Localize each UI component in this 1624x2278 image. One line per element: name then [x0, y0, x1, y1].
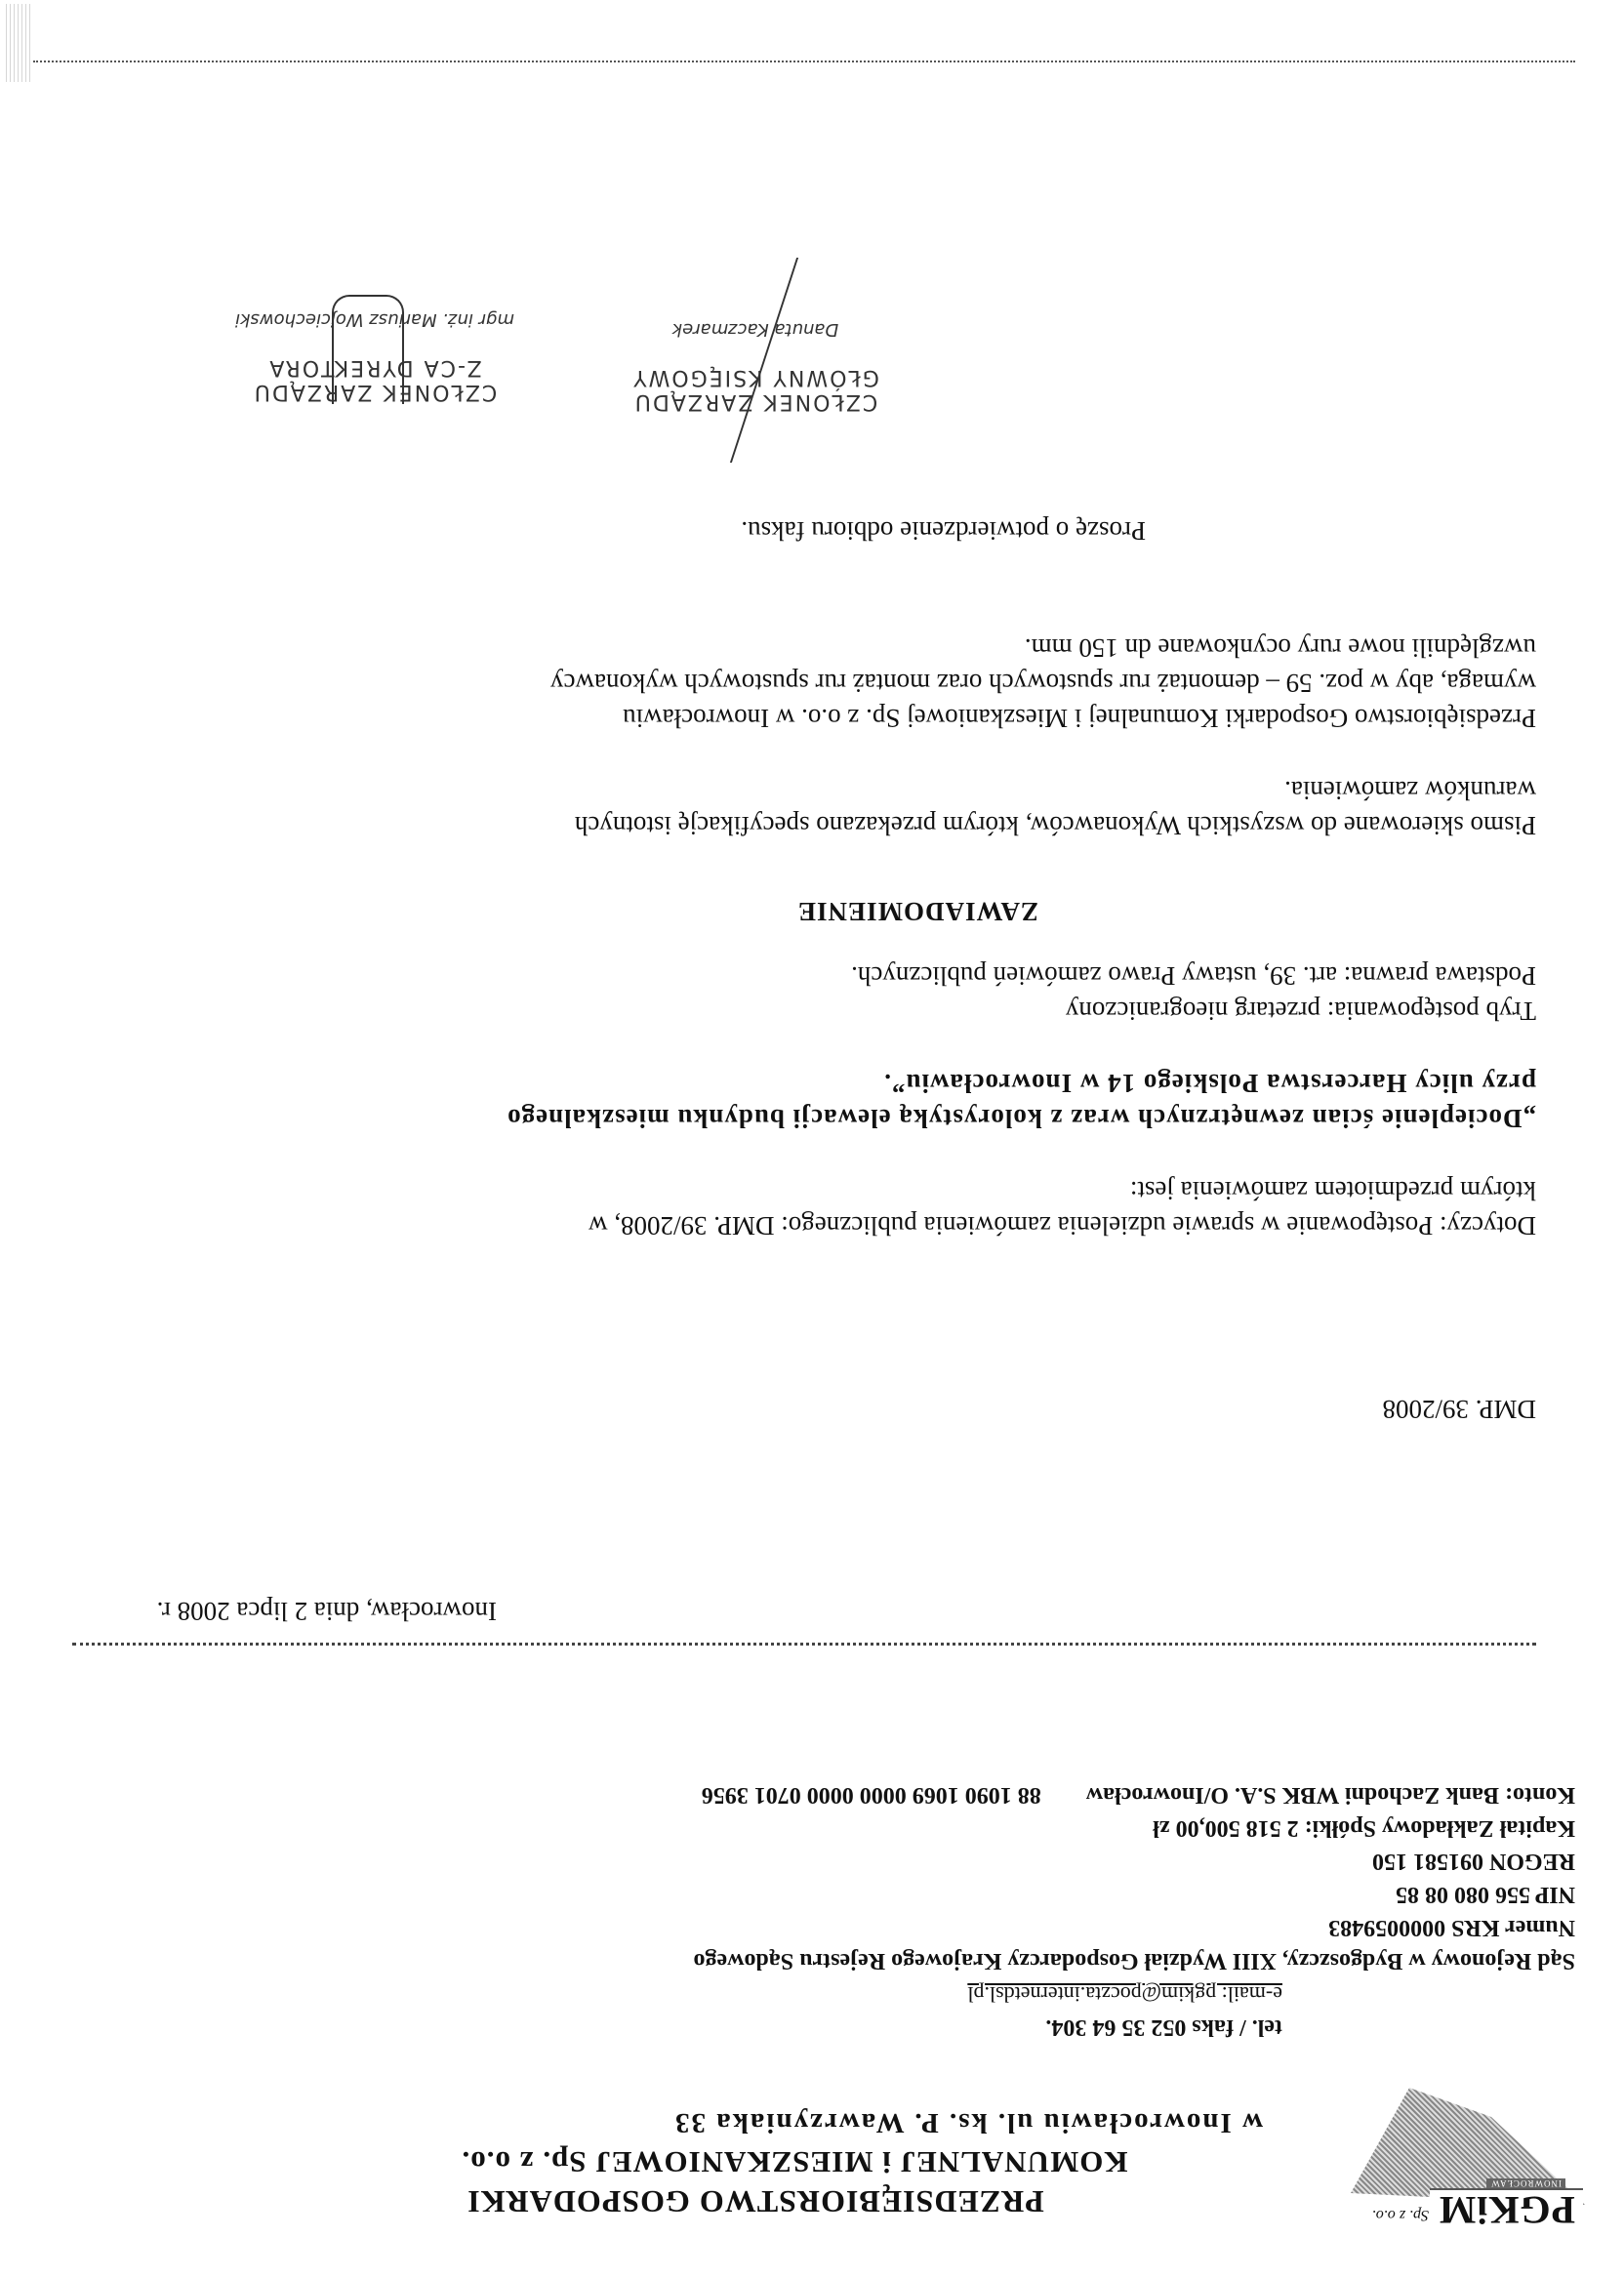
- logo-box: PGKiM: [1430, 2188, 1583, 2229]
- company-name-line1: PRZEDSIĘBIORSTWO GOSPODARKI: [258, 2183, 1253, 2219]
- procedure-info: Tryb postępowania: przetarg nieograniczo…: [72, 958, 1536, 1029]
- subject-intro-line2: którym przedmiotem zamówienia jest:: [72, 1173, 1536, 1208]
- company-name-line2: KOMUNALNEJ i MIESZKANIOWEJ Sp. z o.o.: [258, 2144, 1331, 2179]
- header-divider: [72, 1643, 1536, 1646]
- addressees-line2: warunków zamówienia.: [72, 773, 1536, 808]
- bank-account-number: 88 1090 1069 0000 0000 0701 3956: [702, 1778, 1041, 1811]
- logo-brand: PGKiM: [1438, 2188, 1575, 2232]
- subject-title: „Docieplenie ścian zewnętrznych wraz z k…: [72, 1066, 1536, 1136]
- court-registry: Sąd Rejonowy w Bydgoszczy, XIII Wydział …: [693, 1944, 1575, 1977]
- body-line1: Przedsiębiorstwo Gospodarki Komunalnej i…: [72, 701, 1536, 736]
- closing-request: Proszę o potwierdzenie odbioru faksu.: [741, 515, 1146, 546]
- phone: tel. / faks 052 35 64 304.: [693, 2011, 1282, 2044]
- document-title: ZAWIADOMIENIE: [797, 896, 1038, 926]
- subject-title-line1: „Docieplenie ścian zewnętrznych wraz z k…: [72, 1101, 1536, 1136]
- signature-scribble: [332, 295, 404, 404]
- body-line3: uwzględnili nowe rury ocynkowane dn 150 …: [72, 631, 1536, 666]
- reference-number: DMP. 39/2008: [1382, 1394, 1536, 1424]
- body-line2: wymaga, aby w poz. 59 – demontaż rur spu…: [72, 666, 1536, 701]
- logo-suffix: Sp. z o.o.: [1372, 2206, 1429, 2223]
- regon-number: REGON 091581 150: [693, 1845, 1575, 1878]
- addressees-line1: Pismo skierowane do wszystkich Wykonawcó…: [72, 808, 1536, 843]
- nip-number: NIP 556 080 08 85: [693, 1878, 1575, 1911]
- procedure-mode: Tryb postępowania: przetarg nieograniczo…: [72, 994, 1536, 1029]
- subject-intro-line1: Dotyczy: Postępowanie w sprawie udzielen…: [72, 1208, 1536, 1243]
- body-paragraph: Przedsiębiorstwo Gospodarki Komunalnej i…: [72, 631, 1536, 736]
- company-info: tel. / faks 052 35 64 304. e-mail: pgkim…: [693, 1778, 1282, 2044]
- bank-account: Konto: Bank Zachodni WBK S.A. O/Inowrocł…: [693, 1778, 1575, 1811]
- company-logo: PGKiM Sp. z o.o. INOWROCŁAW: [1321, 2093, 1595, 2258]
- subject-intro: Dotyczy: Postępowanie w sprawie udzielen…: [72, 1173, 1536, 1243]
- share-capital: Kapitał Zakładowy Spółki: 2 518 500,00 z…: [693, 1811, 1575, 1845]
- date-place: Inowrocław, dnia 2 lipca 2008 r.: [157, 1596, 497, 1626]
- company-header: PRZEDSIĘBIORSTWO GOSPODARKI KOMUNALNEJ i…: [258, 2106, 1331, 2219]
- scan-artifact: [4, 4, 33, 82]
- addressees: Pismo skierowane do wszystkich Wykonawcó…: [72, 773, 1536, 843]
- legal-basis: Podstawa prawna: art. 39, ustawy Prawo z…: [72, 958, 1536, 994]
- subject-title-line2: przy ulicy Harcerstwa Polskiego 14 w Ino…: [72, 1066, 1536, 1101]
- fax-edge-line: [33, 61, 1575, 62]
- bank-account-label: Konto: Bank Zachodni WBK S.A. O/Inowrocł…: [1086, 1782, 1575, 1808]
- fax-page: PGKiM Sp. z o.o. INOWROCŁAW PRZEDSIĘBIOR…: [0, 0, 1624, 2278]
- company-address: w Inowrocławiu ul. ks. P. Wawrzyniaka 33: [258, 2106, 1331, 2138]
- email-link[interactable]: e-mail: pgkim@poczta.internetdsl.pl: [693, 1977, 1282, 2011]
- krs-number: Numer KRS 0000059483: [693, 1911, 1575, 1944]
- logo-subtitle: INOWROCŁAW: [1486, 2178, 1565, 2188]
- stamp-line1: CZŁONEK ZARZĄDU: [580, 389, 931, 414]
